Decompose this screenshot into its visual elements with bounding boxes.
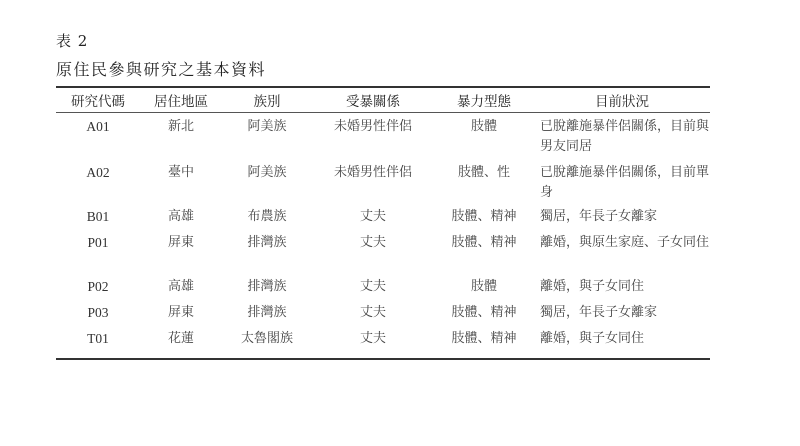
cell-relation: 丈夫 <box>312 329 434 359</box>
table-row: T01 花蓮 太魯閣族 丈夫 肢體、精神 離婚，與子女同住 <box>56 329 710 359</box>
table-label: 表 2 <box>56 30 88 51</box>
table-row: A01 新北 阿美族 未婚男性伴侶 肢體 已脫離施暴伴侶關係，目前與男友同居 <box>56 113 710 164</box>
table-row: P01 屏東 排灣族 丈夫 肢體、精神 離婚，與原生家庭、子女同住 <box>56 233 710 277</box>
cell-region: 花蓮 <box>140 329 222 359</box>
header-code: 研究代碼 <box>56 87 140 113</box>
cell-code: P02 <box>56 277 140 303</box>
header-status: 目前狀況 <box>534 87 710 113</box>
cell-relation: 未婚男性伴侶 <box>312 113 434 164</box>
cell-violence: 肢體 <box>434 277 534 303</box>
cell-tribe: 太魯閣族 <box>222 329 312 359</box>
cell-code: B01 <box>56 207 140 233</box>
cell-relation: 丈夫 <box>312 277 434 303</box>
cell-violence: 肢體、性 <box>434 163 534 207</box>
cell-tribe: 排灣族 <box>222 303 312 329</box>
cell-status: 離婚，與子女同住 <box>534 277 710 303</box>
cell-region: 臺中 <box>140 163 222 207</box>
cell-violence: 肢體、精神 <box>434 207 534 233</box>
participants-table: 研究代碼 居住地區 族別 受暴關係 暴力型態 目前狀況 A01 新北 阿美族 未… <box>56 86 710 360</box>
cell-relation: 未婚男性伴侶 <box>312 163 434 207</box>
cell-violence: 肢體、精神 <box>434 233 534 277</box>
cell-tribe: 布農族 <box>222 207 312 233</box>
cell-code: T01 <box>56 329 140 359</box>
cell-tribe: 排灣族 <box>222 277 312 303</box>
cell-relation: 丈夫 <box>312 233 434 277</box>
header-region: 居住地區 <box>140 87 222 113</box>
cell-status: 離婚，與原生家庭、子女同住 <box>534 233 710 277</box>
cell-status: 已脫離施暴伴侶關係，目前與男友同居 <box>534 113 710 164</box>
cell-code: A02 <box>56 163 140 207</box>
cell-region: 新北 <box>140 113 222 164</box>
cell-status: 獨居，年長子女離家 <box>534 303 710 329</box>
cell-region: 屏東 <box>140 233 222 277</box>
header-relation: 受暴關係 <box>312 87 434 113</box>
cell-status: 獨居，年長子女離家 <box>534 207 710 233</box>
cell-code: P01 <box>56 233 140 277</box>
table-header-row: 研究代碼 居住地區 族別 受暴關係 暴力型態 目前狀況 <box>56 87 710 113</box>
cell-tribe: 阿美族 <box>222 113 312 164</box>
cell-relation: 丈夫 <box>312 207 434 233</box>
cell-code: P03 <box>56 303 140 329</box>
cell-relation: 丈夫 <box>312 303 434 329</box>
table-row: B01 高雄 布農族 丈夫 肢體、精神 獨居，年長子女離家 <box>56 207 710 233</box>
cell-region: 高雄 <box>140 207 222 233</box>
table-row: A02 臺中 阿美族 未婚男性伴侶 肢體、性 已脫離施暴伴侶關係，目前單身 <box>56 163 710 207</box>
table-row: P03 屏東 排灣族 丈夫 肢體、精神 獨居，年長子女離家 <box>56 303 710 329</box>
cell-region: 高雄 <box>140 277 222 303</box>
cell-code: A01 <box>56 113 140 164</box>
cell-violence: 肢體、精神 <box>434 303 534 329</box>
cell-tribe: 阿美族 <box>222 163 312 207</box>
table-row: P02 高雄 排灣族 丈夫 肢體 離婚，與子女同住 <box>56 277 710 303</box>
header-violence: 暴力型態 <box>434 87 534 113</box>
cell-region: 屏東 <box>140 303 222 329</box>
table-title: 原住民參與研究之基本資料 <box>56 57 266 80</box>
cell-violence: 肢體 <box>434 113 534 164</box>
cell-tribe: 排灣族 <box>222 233 312 277</box>
cell-status: 已脫離施暴伴侶關係，目前單身 <box>534 163 710 207</box>
cell-violence: 肢體、精神 <box>434 329 534 359</box>
cell-status: 離婚，與子女同住 <box>534 329 710 359</box>
header-tribe: 族別 <box>222 87 312 113</box>
